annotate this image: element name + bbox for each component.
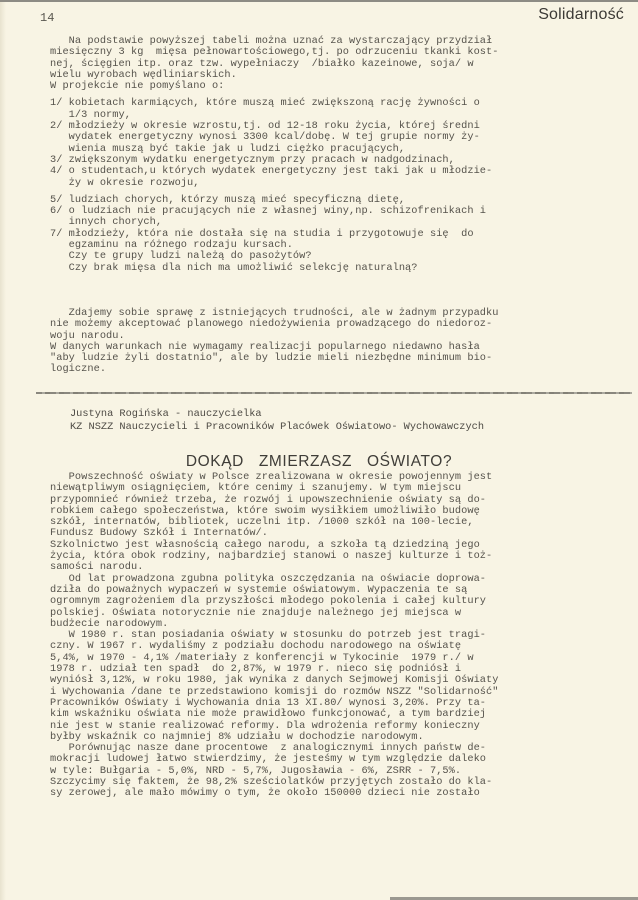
text-line: wyniósł 3,12%, w roku 1980, jak wynika z… [50,675,499,686]
organization-line: KZ NSZZ Nauczycieli i Pracowników Placów… [70,421,484,433]
text-line: nie możemy akceptować planowego niedożyw… [50,319,499,330]
text-line: "aby ludzie żyli dostatnio", ale by ludz… [50,353,499,364]
article-body-text: Powszechność oświaty w Polsce zrealizowa… [50,472,499,800]
text-line: W projekcie nie pomyślano o: [50,81,499,92]
text-line: miesięczny 3 kg mięsa pełnowartościowego… [50,47,499,58]
text-line: wydatek energetyczny wynosi 3300 kcal/do… [50,132,499,143]
text-line: ży w okresie rozwoju, [50,178,499,189]
text-line: 4/ o studentach,u których wydatek energe… [50,166,499,177]
conclusion-section-text: Zdajemy sobie sprawę z istniejących trud… [50,308,499,376]
page-edge-shadow [0,2,6,900]
nutrition-section-text: Na podstawie powyższej tabeli można uzna… [50,36,499,274]
page-number: 14 [40,11,54,25]
section-divider [36,392,632,394]
scanned-page: 14 Solidarność Na podstawie powyższej ta… [0,0,638,900]
text-line: kim wskaźniku oświata nie może prawidłow… [50,709,499,720]
article-byline: Justyna Rogińska - nauczycielka KZ NSZZ … [70,408,484,434]
text-line: Czy brak mięsa dla nich ma umożliwić sel… [50,263,499,274]
text-line: Czy te grupy ludzi należą do pasożytów? [50,251,499,262]
text-line: logiczne. [50,364,499,375]
article-title: DOKĄD ZMIERZASZ OŚWIATO? [0,453,638,471]
text-line: niewątpliwym osiągnięciem, które cenimy … [50,483,499,494]
text-line: sy zerowej, ale mało mówimy o tym, że ok… [50,788,499,799]
masthead-title: Solidarność [538,6,624,24]
text-line: ogromnym zagrożeniem dla przyszłości mło… [50,596,499,607]
text-line: samości narodu. [50,562,499,573]
author-line: Justyna Rogińska - nauczycielka [70,408,262,420]
